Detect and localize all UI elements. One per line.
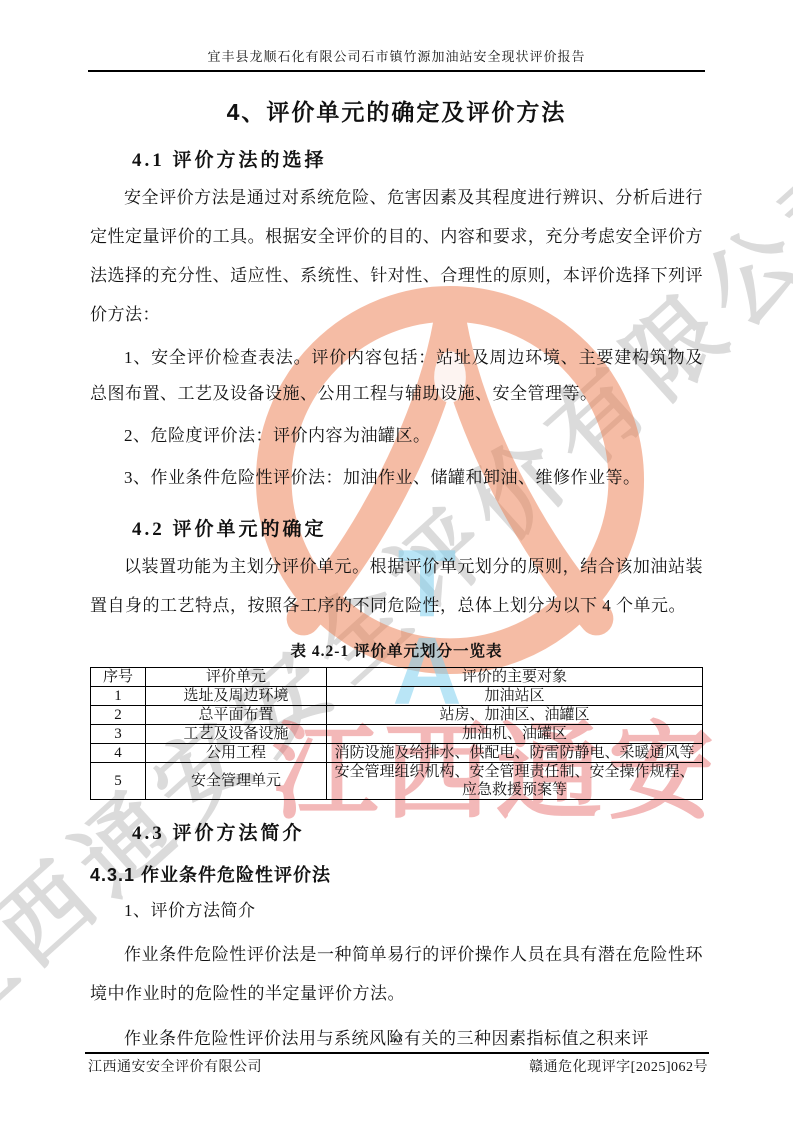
cell-unit: 安全管理单元 xyxy=(146,763,327,800)
table-row: 4 公用工程 消防设施及给排水、供配电、防雷防静电、采暖通风等 xyxy=(91,744,703,763)
paragraph-lec-factors: 作业条件危险性评价法用与系统风险有关的三种因素指标值之积来评 xyxy=(90,1019,703,1058)
list-item-checklist-method: 1、安全评价检查表法。评价内容包括：站址及周边环境、主要建构筑物及总图布置、工艺… xyxy=(90,340,703,412)
cell-no: 2 xyxy=(91,706,146,725)
list-item-lec-method: 3、作业条件危险性评价法：加油作业、储罐和卸油、维修作业等。 xyxy=(90,460,703,496)
cell-unit: 公用工程 xyxy=(146,744,327,763)
cell-unit: 选址及周边环境 xyxy=(146,687,327,706)
cell-object: 站房、加油区、油罐区 xyxy=(327,706,703,725)
table-row: 3 工艺及设备设施 加油机、油罐区 xyxy=(91,725,703,744)
chapter-title: 4、评价单元的确定及评价方法 xyxy=(90,94,703,127)
header-cell-unit: 评价单元 xyxy=(146,668,327,687)
cell-object: 消防设施及给排水、供配电、防雷防静电、采暖通风等 xyxy=(327,744,703,763)
cell-no: 1 xyxy=(91,687,146,706)
table-header-row: 序号 评价单元 评价的主要对象 xyxy=(91,668,703,687)
cell-unit: 总平面布置 xyxy=(146,706,327,725)
cell-unit: 工艺及设备设施 xyxy=(146,725,327,744)
paragraph-method-selection: 安全评价方法是通过对系统危险、危害因素及其程度进行辨识、分析后进行定性定量评价的… xyxy=(90,178,703,334)
table-row: 2 总平面布置 站房、加油区、油罐区 xyxy=(91,706,703,725)
header-cell-no: 序号 xyxy=(91,668,146,687)
document-page: 江西通安安全评价有限公司 TA 江西通安 宜丰县龙顺石化有限公司石市镇竹源加油站… xyxy=(0,0,793,1122)
section-heading-4-3: 4.3 评价方法简介 xyxy=(90,818,703,845)
table-caption: 表 4.2-1 评价单元划分一览表 xyxy=(90,639,703,661)
paragraph-unit-division: 以装置功能为主划分评价单元。根据评价单元划分的原则，结合该加油站装置自身的工艺特… xyxy=(90,547,703,625)
cell-object: 安全管理组织机构、安全管理责任制、安全操作规程、应急救援预案等 xyxy=(327,763,703,800)
section-heading-4-1: 4.1 评价方法的选择 xyxy=(90,145,703,172)
table-row: 5 安全管理单元 安全管理组织机构、安全管理责任制、安全操作规程、应急救援预案等 xyxy=(91,763,703,800)
list-item-method-intro: 1、评价方法简介 xyxy=(90,893,703,929)
paragraph-lec-description: 作业条件危险性评价法是一种简单易行的评价操作人员在具有潜在危险性环境中作业时的危… xyxy=(90,935,703,1013)
cell-no: 5 xyxy=(91,763,146,800)
cell-object: 加油机、油罐区 xyxy=(327,725,703,744)
document-content: 宜丰县龙顺石化有限公司石市镇竹源加油站安全现状评价报告 4、评价单元的确定及评价… xyxy=(0,0,793,1122)
report-header: 宜丰县龙顺石化有限公司石市镇竹源加油站安全现状评价报告 xyxy=(88,0,705,72)
cell-no: 4 xyxy=(91,744,146,763)
header-cell-object: 评价的主要对象 xyxy=(327,668,703,687)
table-row: 1 选址及周边环境 加油站区 xyxy=(91,687,703,706)
list-item-risk-degree-method: 2、危险度评价法：评价内容为油罐区。 xyxy=(90,418,703,454)
cell-object: 加油站区 xyxy=(327,687,703,706)
cell-no: 3 xyxy=(91,725,146,744)
section-heading-4-2: 4.2 评价单元的确定 xyxy=(90,514,703,541)
section-heading-4-3-1: 4.3.1 作业条件危险性评价法 xyxy=(90,861,703,887)
unit-division-table: 序号 评价单元 评价的主要对象 1 选址及周边环境 加油站区 2 总平面布置 站… xyxy=(90,667,703,800)
